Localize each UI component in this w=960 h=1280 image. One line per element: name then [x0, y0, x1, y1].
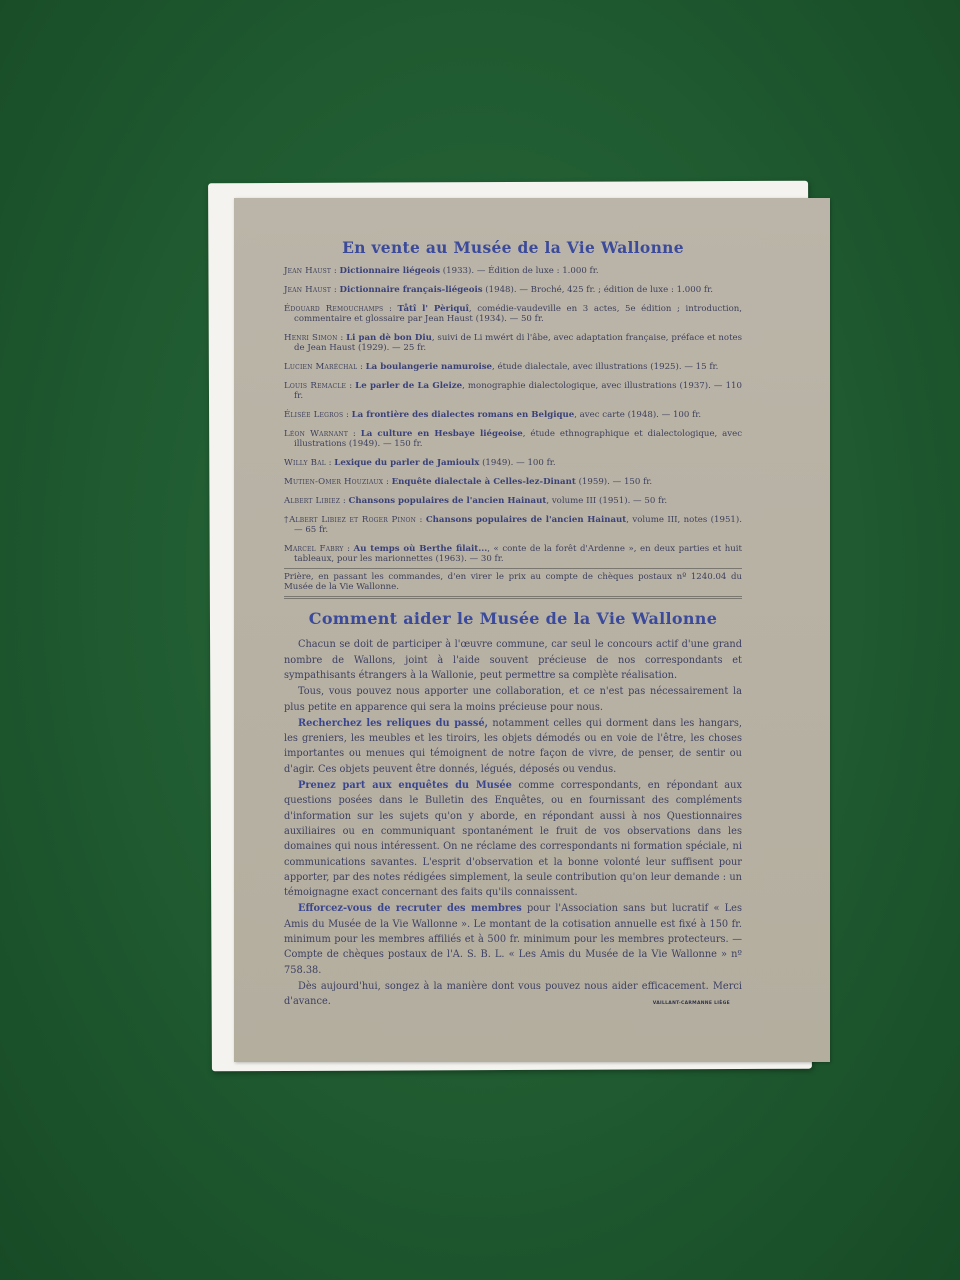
help-paragraph: Prenez part aux enquêtes du Musée comme …: [284, 778, 742, 900]
paragraph-text: Chacun se doit de participer à l'œuvre c…: [284, 639, 742, 681]
entry-author: Jean Haust: [284, 266, 331, 276]
entry-title: Chansons populaires de l'ancien Hainaut: [349, 496, 547, 506]
publication-entry: Lucien Maréchal : La boulangerie namuroi…: [284, 362, 742, 372]
entry-author: Léon Warnant: [284, 429, 348, 439]
publication-entry: Léon Warnant : La culture en Hesbaye lié…: [284, 429, 742, 450]
entry-title: Tåtî l' Pèriquî: [397, 304, 468, 314]
entry-details: (1949). — 100 fr.: [479, 458, 555, 468]
entry-details: (1959). — 150 fr.: [576, 477, 652, 487]
paragraph-text: comme correspondants, en répondant aux q…: [284, 780, 742, 898]
publication-entry: Henri Simon : Li pan dè bon Diu, suivi d…: [284, 333, 742, 354]
payment-notice: Prière, en passant les commandes, d'en v…: [284, 572, 742, 593]
divider: [284, 568, 742, 569]
entry-author: Marcel Fabry: [284, 544, 344, 554]
entry-author: Willy Bal: [284, 458, 326, 468]
entry-title: La frontière des dialectes romans en Bel…: [352, 410, 575, 420]
entry-title: La culture en Hesbaye liégeoise: [361, 429, 523, 439]
entry-title: Chansons populaires de l'ancien Hainaut: [426, 515, 626, 525]
publication-entry: Willy Bal : Lexique du parler de Jamioul…: [284, 458, 742, 468]
divider-double: [284, 596, 742, 599]
paragraph-lead: Efforcez-vous de recruter des membres: [298, 903, 522, 914]
publication-entry: †Albert Libiez et Roger Pinon : Chansons…: [284, 515, 742, 536]
entry-title: La boulangerie namuroise: [366, 362, 492, 372]
entry-author: Élisée Legros: [284, 410, 343, 420]
paragraph-text: Tous, vous pouvez nous apporter une coll…: [284, 686, 742, 712]
publication-entry: Albert Libiez : Chansons populaires de l…: [284, 496, 742, 506]
printer-mark: VAILLANT-CARMANNE LIÈGE: [639, 996, 730, 1011]
publication-entry: Édouard Remouchamps : Tåtî l' Pèriquî, c…: [284, 304, 742, 325]
sales-list-title: En vente au Musée de la Vie Wallonne: [284, 238, 742, 257]
help-paragraph: Chacun se doit de participer à l'œuvre c…: [284, 637, 742, 683]
entry-author: Henri Simon: [284, 333, 338, 343]
help-section-body: Chacun se doit de participer à l'œuvre c…: [284, 637, 742, 1009]
entry-details: , volume III (1951). — 50 fr.: [546, 496, 667, 506]
entry-title: Li pan dè bon Diu: [346, 333, 432, 343]
help-section-title: Comment aider le Musée de la Vie Wallonn…: [284, 609, 742, 628]
entry-title: Au temps où Berthe filait...: [354, 544, 488, 554]
entry-title: Enquête dialectale à Celles-lez-Dinant: [392, 477, 576, 487]
entry-title: Le parler de La Gleize: [355, 381, 462, 391]
publication-list: Jean Haust : Dictionnaire liégeois (1933…: [284, 266, 742, 565]
paragraph-lead: Prenez part aux enquêtes du Musée: [298, 780, 512, 791]
help-paragraph: Efforcez-vous de recruter des membres po…: [284, 901, 742, 977]
entry-author: Jean Haust: [284, 285, 331, 295]
entry-details: (1948). — Broché, 425 fr. ; édition de l…: [483, 285, 713, 295]
publication-entry: Jean Haust : Dictionnaire liégeois (1933…: [284, 266, 742, 276]
entry-details: (1933). — Édition de luxe : 1.000 fr.: [440, 266, 599, 276]
entry-author: †Albert Libiez et Roger Pinon: [284, 515, 416, 525]
paragraph-lead: Recherchez les reliques du passé,: [298, 718, 488, 729]
publication-entry: Louis Remacle : Le parler de La Gleize, …: [284, 381, 742, 402]
entry-details: , avec carte (1948). — 100 fr.: [574, 410, 701, 420]
entry-details: , étude dialectale, avec illustrations (…: [492, 362, 718, 372]
publication-entry: Élisée Legros : La frontière des dialect…: [284, 410, 742, 420]
publication-entry: Jean Haust : Dictionnaire français-liége…: [284, 285, 742, 295]
entry-author: Mutien-Omer Houziaux: [284, 477, 383, 487]
booklet-back-cover: En vente au Musée de la Vie Wallonne Jea…: [234, 198, 830, 1062]
entry-title: Dictionnaire français-liégeois: [340, 285, 483, 295]
entry-author: Édouard Remouchamps: [284, 304, 383, 314]
help-paragraph: Recherchez les reliques du passé, notamm…: [284, 716, 742, 777]
help-paragraph: Dès aujourd'hui, songez à la manière don…: [284, 979, 742, 1010]
entry-title: Lexique du parler de Jamioulx: [334, 458, 479, 468]
entry-title: Dictionnaire liégeois: [340, 266, 441, 276]
entry-author: Albert Libiez: [284, 496, 340, 506]
cover-content: En vente au Musée de la Vie Wallonne Jea…: [284, 238, 742, 1010]
entry-author: Lucien Maréchal: [284, 362, 357, 372]
publication-entry: Mutien-Omer Houziaux : Enquête dialectal…: [284, 477, 742, 487]
help-paragraph: Tous, vous pouvez nous apporter une coll…: [284, 684, 742, 715]
publication-entry: Marcel Fabry : Au temps où Berthe filait…: [284, 544, 742, 565]
entry-author: Louis Remacle: [284, 381, 346, 391]
